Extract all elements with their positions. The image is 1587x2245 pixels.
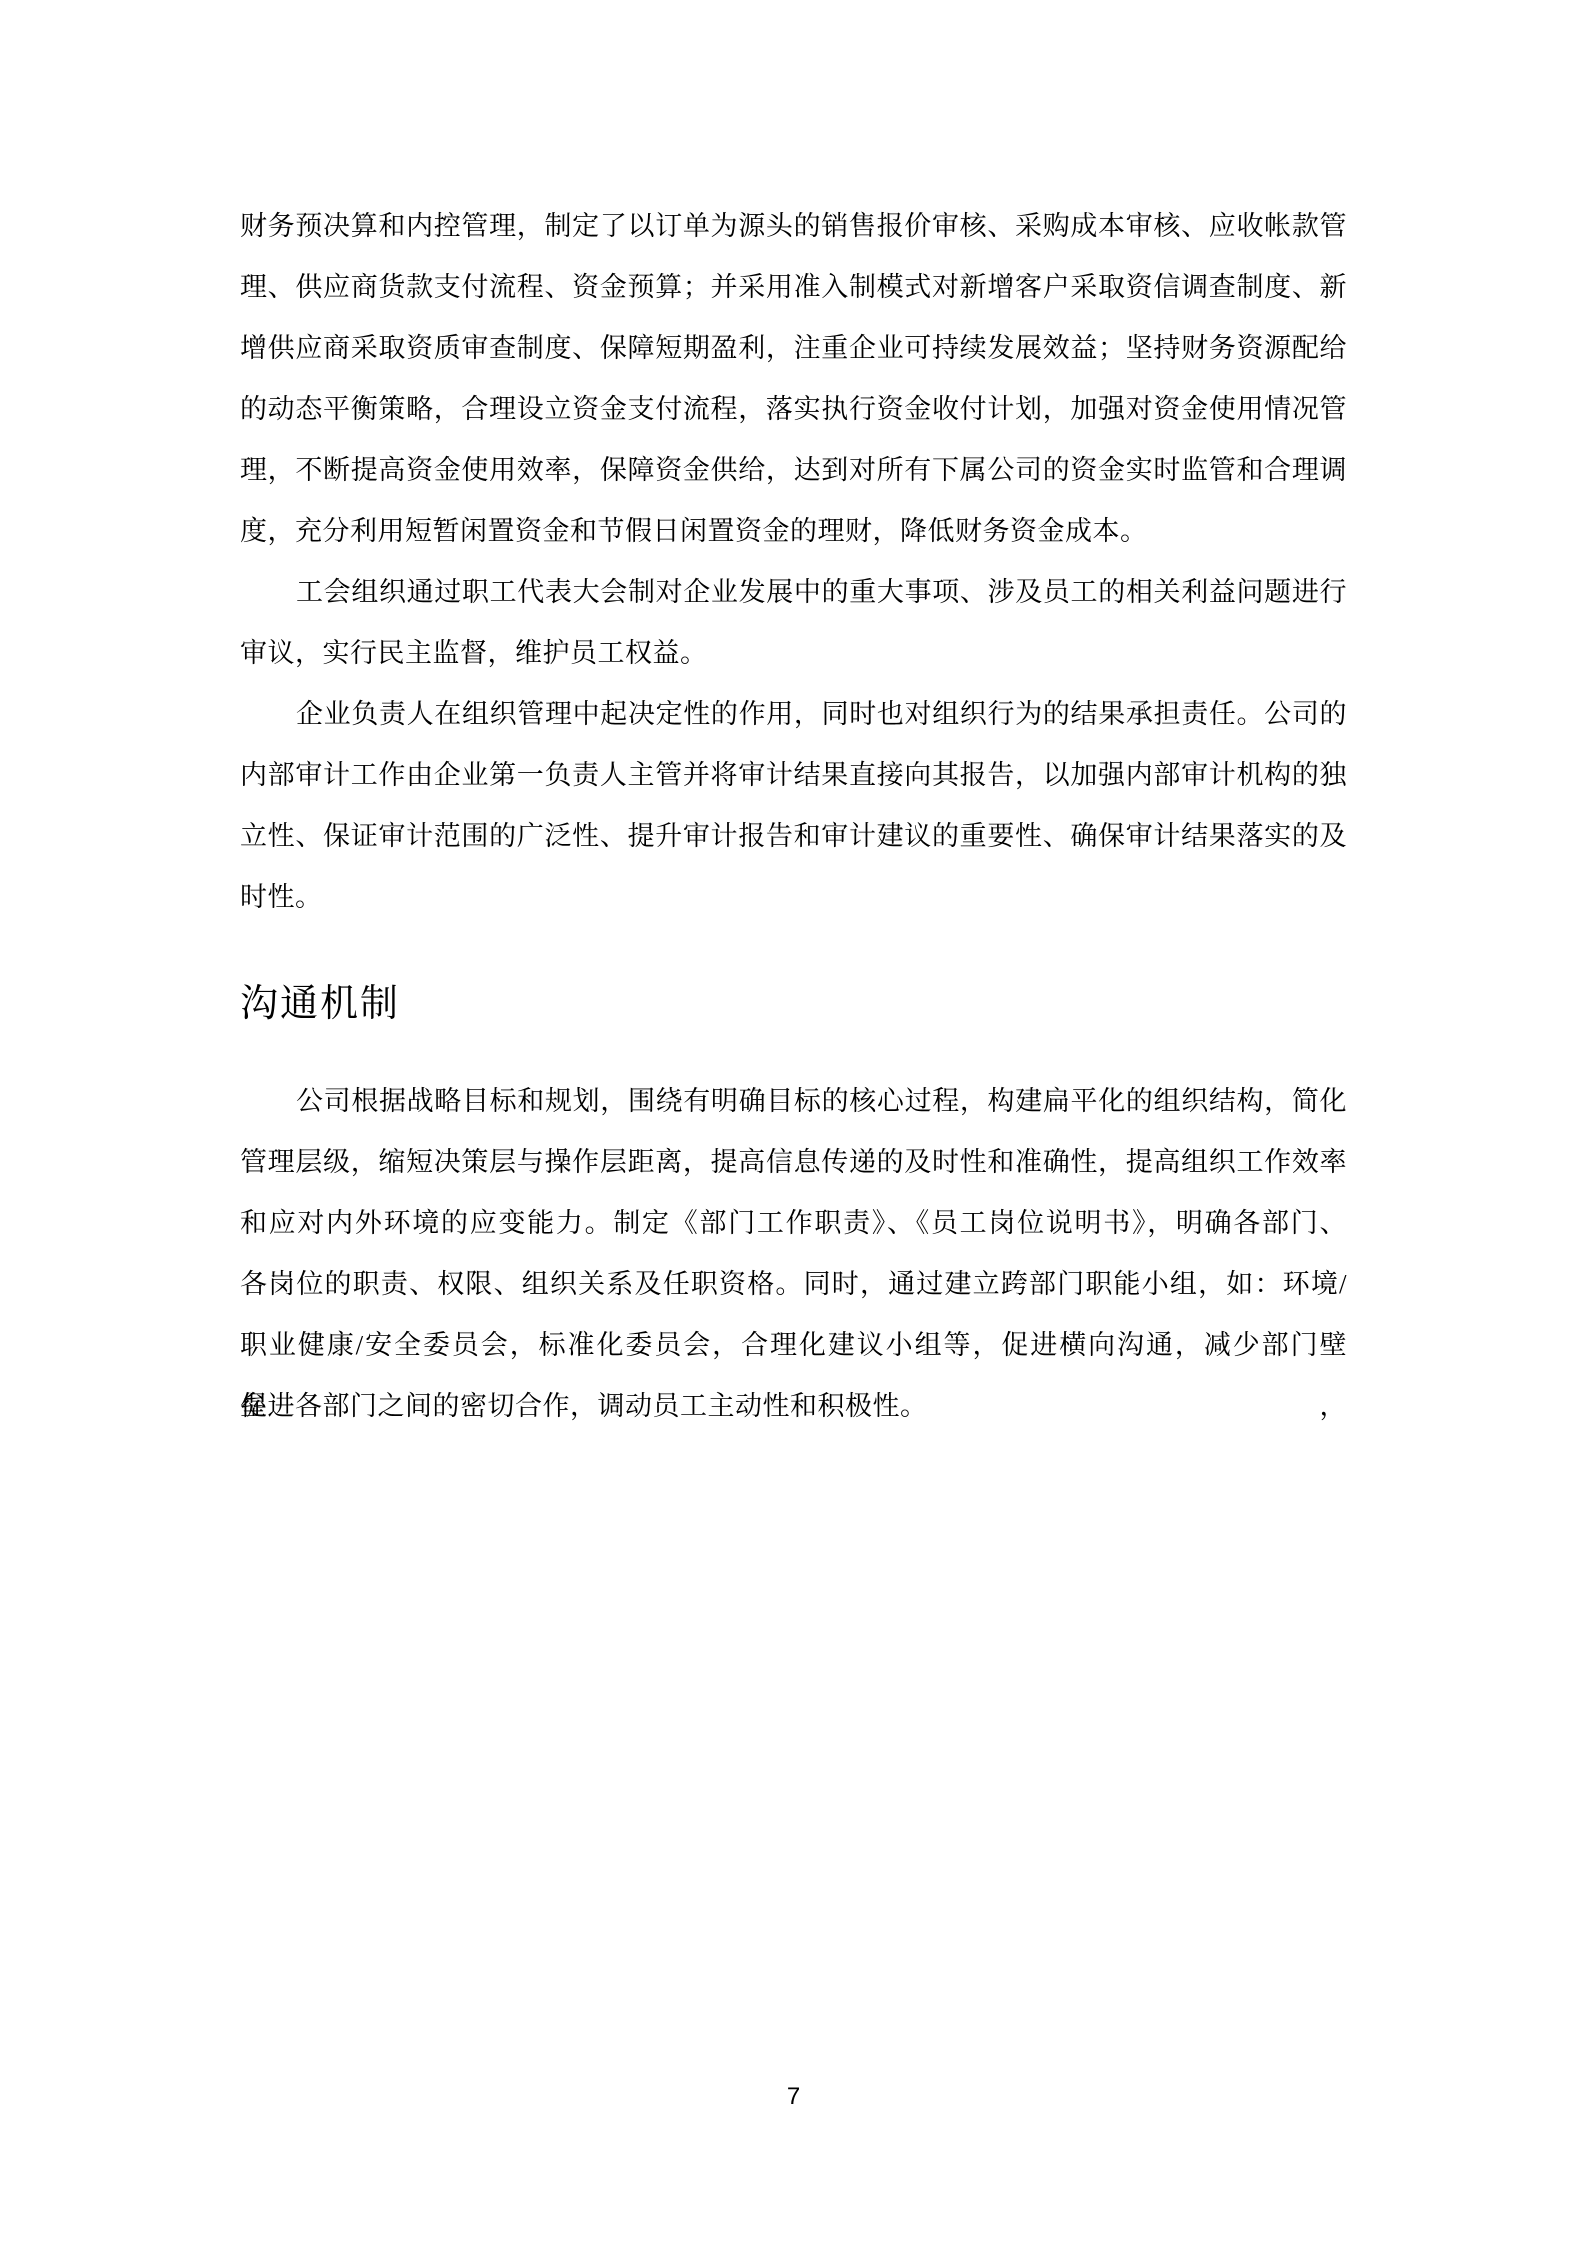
body-text-line: 增供应商采取资质审查制度、保障短期盈利，注重企业可持续发展效益；坚持财务资源配给 xyxy=(240,318,1347,379)
body-text-line: 时性。 xyxy=(240,867,1347,928)
paragraph-communication: 公司根据战略目标和规划，围绕有明确目标的核心过程，构建扁平化的组织结构，简化 管… xyxy=(240,1071,1347,1437)
body-text-line: 理、供应商货款支付流程、资金预算；并采用准入制模式对新增客户采取资信调查制度、新 xyxy=(240,257,1347,318)
body-text-line: 财务预决算和内控管理，制定了以订单为源头的销售报价审核、采购成本审核、应收帐款管 xyxy=(240,196,1347,257)
section-heading: 沟通机制 xyxy=(240,976,1347,1032)
paragraph-finance: 财务预决算和内控管理，制定了以订单为源头的销售报价审核、采购成本审核、应收帐款管… xyxy=(240,196,1347,562)
body-text-line: 理，不断提高资金使用效率，保障资金供给，达到对所有下属公司的资金实时监管和合理调 xyxy=(240,440,1347,501)
body-text-line: 管理层级，缩短决策层与操作层距离，提高信息传递的及时性和准确性，提高组织工作效率 xyxy=(240,1132,1347,1193)
body-text-line: 立性、保证审计范围的广泛性、提升审计报告和审计建议的重要性、确保审计结果落实的及 xyxy=(240,806,1347,867)
body-text-line: 的动态平衡策略，合理设立资金支付流程，落实执行资金收付计划，加强对资金使用情况管 xyxy=(240,379,1347,440)
page-number: 7 xyxy=(0,2082,1587,2112)
paragraph-union: 工会组织通过职工代表大会制对企业发展中的重大事项、涉及员工的相关利益问题进行 审… xyxy=(240,562,1347,684)
body-text-line: 职业健康/安全委员会，标准化委员会，合理化建议小组等，促进横向沟通，减少部门壁垒… xyxy=(240,1315,1347,1376)
paragraph-responsibility: 企业负责人在组织管理中起决定性的作用，同时也对组织行为的结果承担责任。公司的 内… xyxy=(240,684,1347,928)
body-text-line: 各岗位的职责、权限、组织关系及任职资格。同时，通过建立跨部门职能小组，如：环境/ xyxy=(240,1254,1347,1315)
body-text-line: 工会组织通过职工代表大会制对企业发展中的重大事项、涉及员工的相关利益问题进行 xyxy=(240,562,1347,623)
body-text-line: 企业负责人在组织管理中起决定性的作用，同时也对组织行为的结果承担责任。公司的 xyxy=(240,684,1347,745)
body-text-line: 审议，实行民主监督，维护员工权益。 xyxy=(240,623,1347,684)
page-body: 财务预决算和内控管理，制定了以订单为源头的销售报价审核、采购成本审核、应收帐款管… xyxy=(240,196,1347,1437)
document-page: 财务预决算和内控管理，制定了以订单为源头的销售报价审核、采购成本审核、应收帐款管… xyxy=(0,0,1587,2245)
body-text-line: 公司根据战略目标和规划，围绕有明确目标的核心过程，构建扁平化的组织结构，简化 xyxy=(240,1071,1347,1132)
body-text-line: 和应对内外环境的应变能力。制定《部门工作职责》、《员工岗位说明书》，明确各部门、 xyxy=(240,1193,1347,1254)
body-text-line: 度，充分利用短暂闲置资金和节假日闲置资金的理财，降低财务资金成本。 xyxy=(240,501,1347,562)
body-text-line: 内部审计工作由企业第一负责人主管并将审计结果直接向其报告，以加强内部审计机构的独 xyxy=(240,745,1347,806)
